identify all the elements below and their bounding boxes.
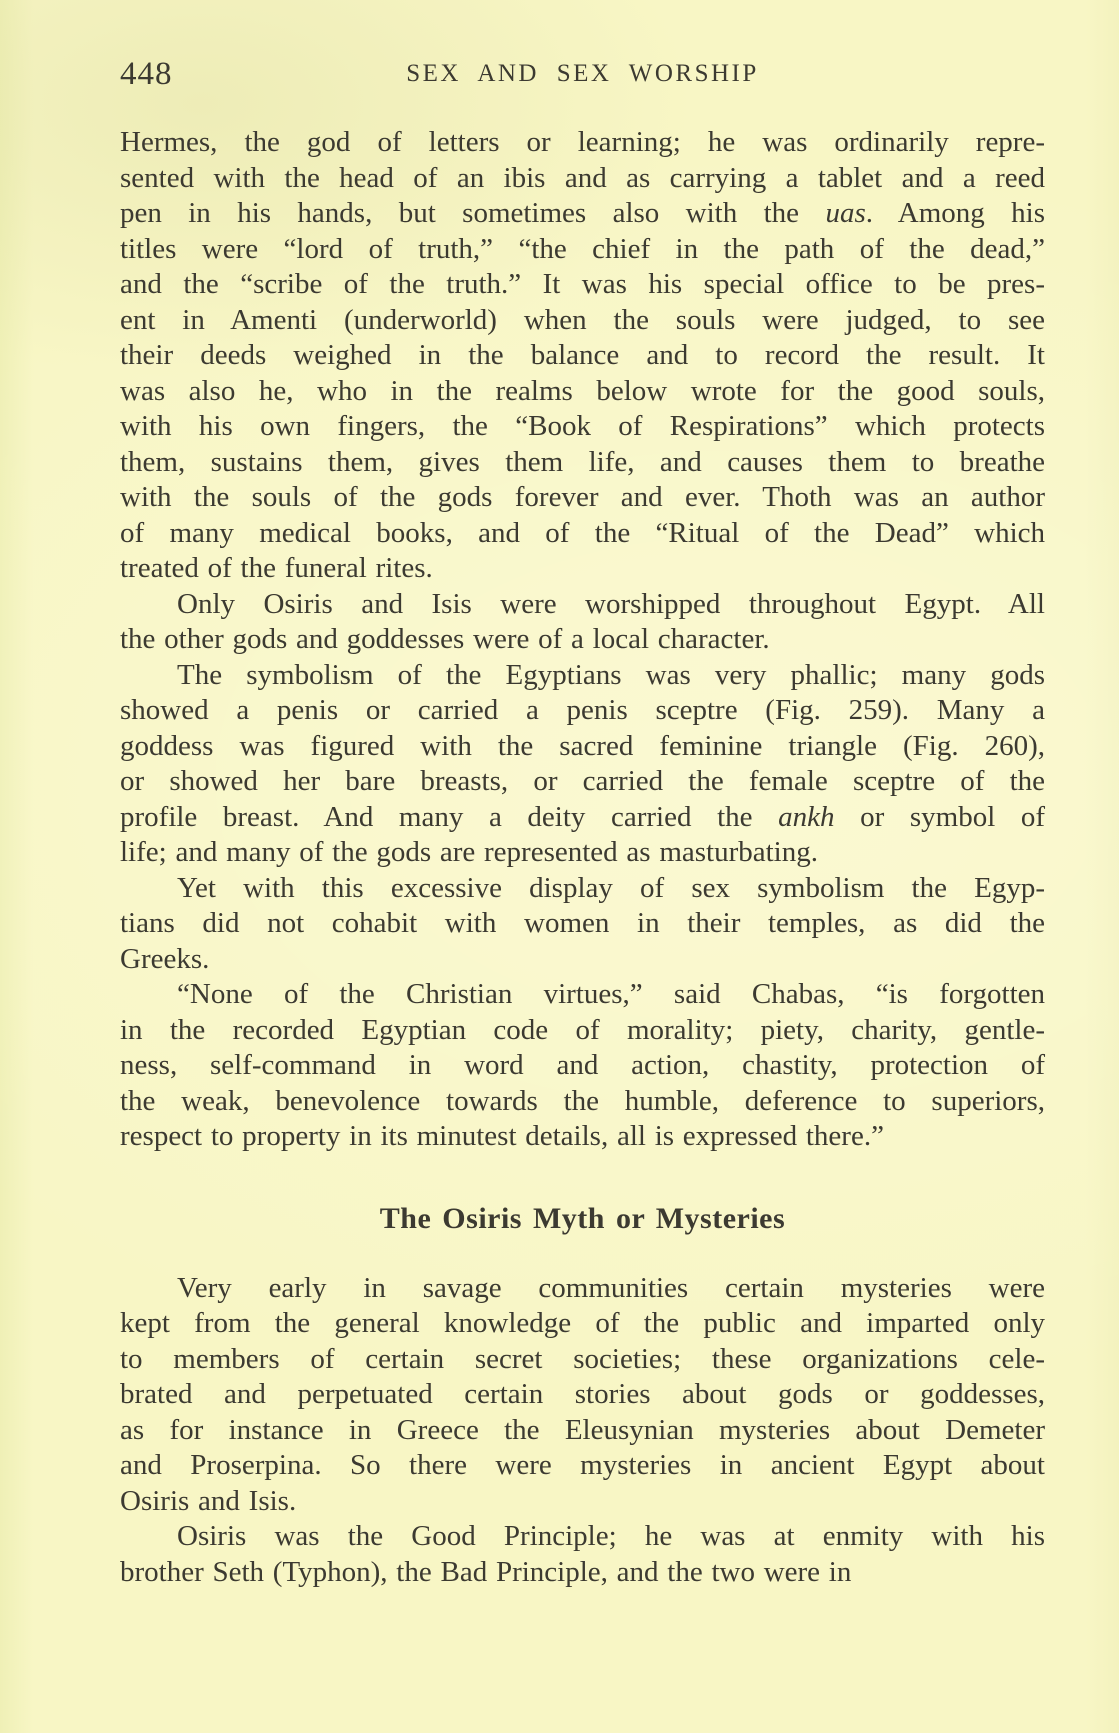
text-line: with the souls of the gods forever and e… [120, 480, 1045, 516]
text-line: in the recorded Egyptian code of moralit… [120, 1013, 1045, 1049]
text-line: and the “scribe of the truth.” It was hi… [120, 267, 1045, 303]
text-line: profile breast. And many a deity carried… [120, 800, 1045, 836]
text-line: as for instance in Greece the Eleusynian… [120, 1413, 1045, 1449]
book-page: 448 SEX AND SEX WORSHIP Hermes, the god … [0, 0, 1119, 1733]
text-line: Osiris and Isis. [120, 1484, 1045, 1520]
text-line: Very early in savage communities certain… [120, 1271, 1045, 1307]
text-line: sented with the head of an ibis and as c… [120, 161, 1045, 197]
running-header: SEX AND SEX WORSHIP [120, 60, 1045, 88]
text-line: kept from the general knowledge of the p… [120, 1306, 1045, 1342]
text-line: Yet with this excessive display of sex s… [120, 871, 1045, 907]
text-line: their deeds weighed in the balance and t… [120, 338, 1045, 374]
page-header: 448 SEX AND SEX WORSHIP [120, 54, 1045, 92]
text-line: The symbolism of the Egyptians was very … [120, 658, 1045, 694]
text-line: Only Osiris and Isis were worshipped thr… [120, 587, 1045, 623]
paragraph: “None of the Christian virtues,” said Ch… [120, 977, 1045, 1155]
section-heading: The Osiris Myth or Mysteries [120, 1201, 1045, 1237]
page-content: Hermes, the god of letters or learning; … [120, 125, 1045, 1590]
text-line: tians did not cohabit with women in thei… [120, 906, 1045, 942]
text-line: “None of the Christian virtues,” said Ch… [120, 977, 1045, 1013]
text-line: respect to property in its minutest deta… [120, 1119, 1045, 1155]
text-line: or showed her bare breasts, or carried t… [120, 764, 1045, 800]
paragraph: The symbolism of the Egyptians was very … [120, 658, 1045, 871]
text-line: Greeks. [120, 942, 1045, 978]
text-line: the weak, benevolence towards the humble… [120, 1084, 1045, 1120]
text-line: Hermes, the god of letters or learning; … [120, 125, 1045, 161]
paragraph: Yet with this excessive display of sex s… [120, 871, 1045, 978]
paragraph: Osiris was the Good Principle; he was at… [120, 1519, 1045, 1590]
paragraph: Hermes, the god of letters or learning; … [120, 125, 1045, 587]
text-line: ness, self-command in word and action, c… [120, 1048, 1045, 1084]
text-line: with his own fingers, the “Book of Respi… [120, 409, 1045, 445]
text-line: ent in Amenti (underworld) when the soul… [120, 303, 1045, 339]
text-line: goddess was figured with the sacred femi… [120, 729, 1045, 765]
text-line: treated of the funeral rites. [120, 551, 1045, 587]
text-line: to members of certain secret societies; … [120, 1342, 1045, 1378]
text-line: pen in his hands, but sometimes also wit… [120, 196, 1045, 232]
text-line: brated and perpetuated certain stories a… [120, 1377, 1045, 1413]
text-line: Osiris was the Good Principle; he was at… [120, 1519, 1045, 1555]
text-line: was also he, who in the realms below wro… [120, 374, 1045, 410]
text-line: titles were “lord of truth,” “the chief … [120, 232, 1045, 268]
text-line: of many medical books, and of the “Ritua… [120, 516, 1045, 552]
text-line: showed a penis or carried a penis sceptr… [120, 693, 1045, 729]
paragraph: Only Osiris and Isis were worshipped thr… [120, 587, 1045, 658]
text-line: and Proserpina. So there were mysteries … [120, 1448, 1045, 1484]
text-line: the other gods and goddesses were of a l… [120, 622, 1045, 658]
text-line: brother Seth (Typhon), the Bad Principle… [120, 1555, 1045, 1591]
text-line: life; and many of the gods are represent… [120, 835, 1045, 871]
text-line: them, sustains them, gives them life, an… [120, 445, 1045, 481]
paragraph: Very early in savage communities certain… [120, 1271, 1045, 1520]
